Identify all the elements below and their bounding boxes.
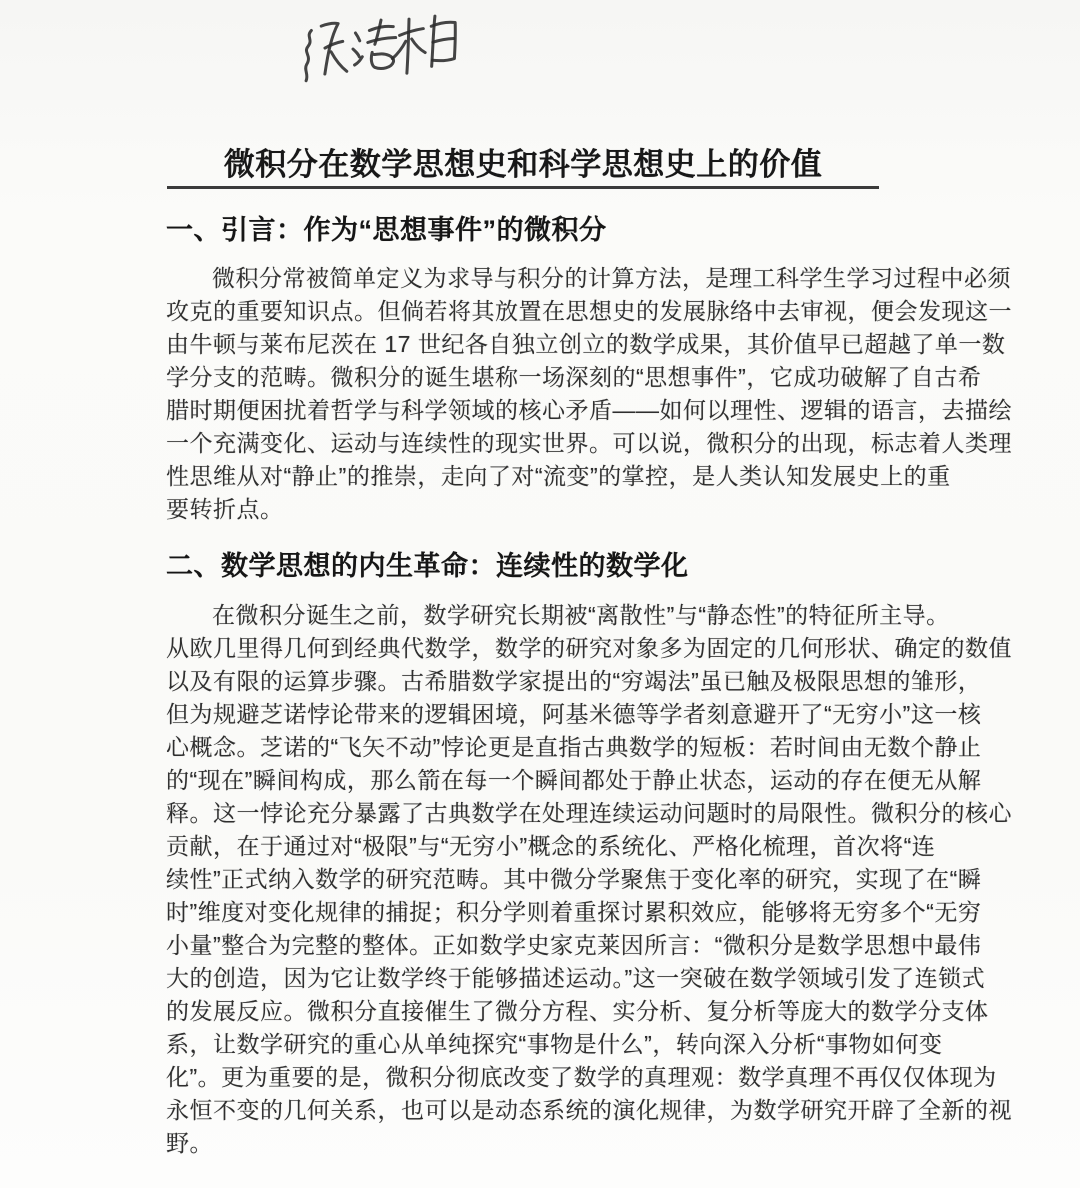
text-line: 在微积分诞生之前，数学研究长期被“离散性”与“静态性”的特征所主导。 [166,599,892,632]
text-line: 性思维从对“静止”的推崇，走向了对“流变”的掌控，是人类认知发展史上的重 [166,460,892,493]
text-line: 微积分常被简单定义为求导与积分的计算方法，是理工科学生学习过程中必须 [166,262,892,295]
document-title: 微积分在数学思想史和科学思想史上的价值 [167,139,879,184]
title-underline [167,186,879,189]
text-line: 要转折点。 [166,493,892,526]
section-1-heading: 一、引言：作为“思想事件”的微积分 [166,208,607,247]
text-line: 释。这一悖论充分暴露了古典数学在处理连续运动问题时的局限性。微积分的核心 [166,797,892,830]
text-line: 野。 [166,1127,892,1160]
section-2-heading: 二、数学思想的内生革命：连续性的数学化 [166,544,689,583]
text-line: 腊时期便困扰着哲学与科学领域的核心矛盾——如何以理性、逻辑的语言，去描绘 [166,394,892,427]
text-line: 的“现在”瞬间构成，那么箭在每一个瞬间都处于静止状态，运动的存在便无从解 [166,764,892,797]
text-line: 以及有限的运算步骤。古希腊数学家提出的“穷竭法”虽已触及极限思想的雏形， [166,665,892,698]
text-line: 学分支的范畴。微积分的诞生堪称一场深刻的“思想事件”，它成功破解了自古希 [166,361,892,394]
text-line: 的发展反应。微积分直接催生了微分方程、实分析、复分析等庞大的数学分支体 [166,995,892,1028]
text-line: 系，让数学研究的重心从单纯探究“事物是什么”，转向深入分析“事物如何变 [166,1028,892,1061]
text-line: 小量”整合为完整的整体。正如数学史家克莱因所言：“微积分是数学思想中最伟 [166,929,892,962]
text-line: 由牛顿与莱布尼茨在 17 世纪各自独立创立的数学成果，其价值早已超越了单一数 [166,328,892,361]
section-2-paragraph: 在微积分诞生之前，数学研究长期被“离散性”与“静态性”的特征所主导。从欧几里得几… [166,599,892,1160]
text-line: 但为规避芝诺悖论带来的逻辑困境，阿基米德等学者刻意避开了“无穷小”这一核 [166,698,892,731]
text-line: 时”维度对变化规律的捕捉；积分学则着重探讨累积效应，能够将无穷多个“无穷 [166,896,892,929]
section-1-paragraph: 微积分常被简单定义为求导与积分的计算方法，是理工科学生学习过程中必须攻克的重要知… [166,262,892,526]
text-line: 从欧几里得几何到经典代数学，数学的研究对象多为固定的几何形状、确定的数值 [166,632,892,665]
text-line: 心概念。芝诺的“飞矢不动”悖论更是直指古典数学的短板：若时间由无数个静止 [166,731,892,764]
signature-handwriting [297,3,470,93]
text-line: 攻克的重要知识点。但倘若将其放置在思想史的发展脉络中去审视，便会发现这一 [166,295,892,328]
text-line: 一个充满变化、运动与连续性的现实世界。可以说，微积分的出现，标志着人类理 [166,427,892,460]
text-line: 大的创造，因为它让数学终于能够描述运动。”这一突破在数学领域引发了连锁式 [166,962,892,995]
text-line: 续性”正式纳入数学的研究范畴。其中微分学聚焦于变化率的研究，实现了在“瞬 [166,863,892,896]
document-page: 微积分在数学思想史和科学思想史上的价值 一、引言：作为“思想事件”的微积分 微积… [0,0,1080,1188]
text-line: 贡献，在于通过对“极限”与“无穷小”概念的系统化、严格化梳理，首次将“连 [166,830,892,863]
text-line: 化”。更为重要的是，微积分彻底改变了数学的真理观：数学真理不再仅仅体现为 [166,1061,892,1094]
text-line: 永恒不变的几何关系，也可以是动态系统的演化规律，为数学研究开辟了全新的视 [166,1094,892,1127]
